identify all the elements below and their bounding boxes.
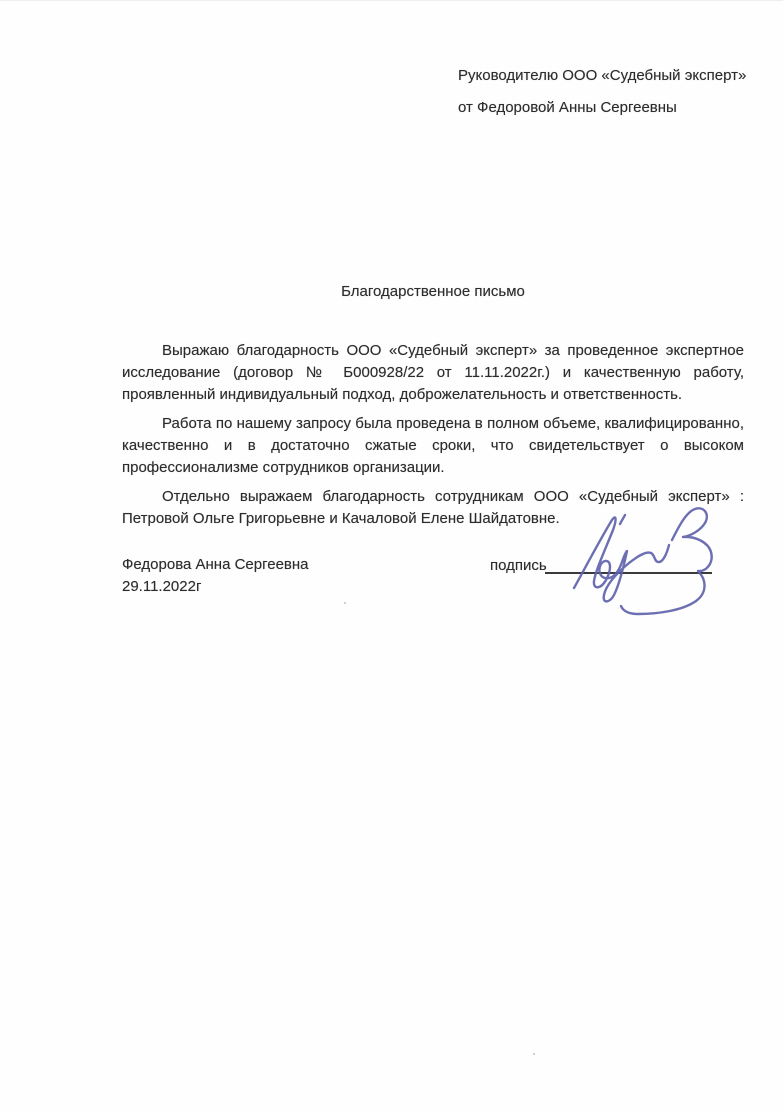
- scan-speck: [344, 602, 346, 604]
- recipient-line: Руководителю ООО «Судебный эксперт»: [458, 67, 746, 85]
- signature-stroke-flick: [620, 515, 625, 524]
- scan-speck: [533, 1053, 535, 1055]
- signature-stroke-flourish: [621, 508, 712, 614]
- signature-stroke-letters: [574, 517, 669, 601]
- letter-header: Руководителю ООО «Судебный эксперт» от Ф…: [458, 67, 746, 117]
- signature-label: подпись: [490, 557, 547, 575]
- signature-date: 29.11.2022г: [122, 578, 201, 596]
- paragraph-work-quality: Работа по нашему запросу была проведена …: [122, 413, 744, 479]
- signatory-name: Федорова Анна Сергеевна: [122, 556, 309, 574]
- letter-title: Благодарственное письмо: [122, 283, 744, 301]
- paragraph-gratitude: Выражаю благодарность ООО «Судебный эксп…: [122, 340, 744, 406]
- sender-line: от Федоровой Анны Сергеевны: [458, 99, 746, 117]
- handwritten-signature: [554, 490, 724, 625]
- scanned-letter-page: Руководителю ООО «Судебный эксперт» от Ф…: [0, 0, 783, 1112]
